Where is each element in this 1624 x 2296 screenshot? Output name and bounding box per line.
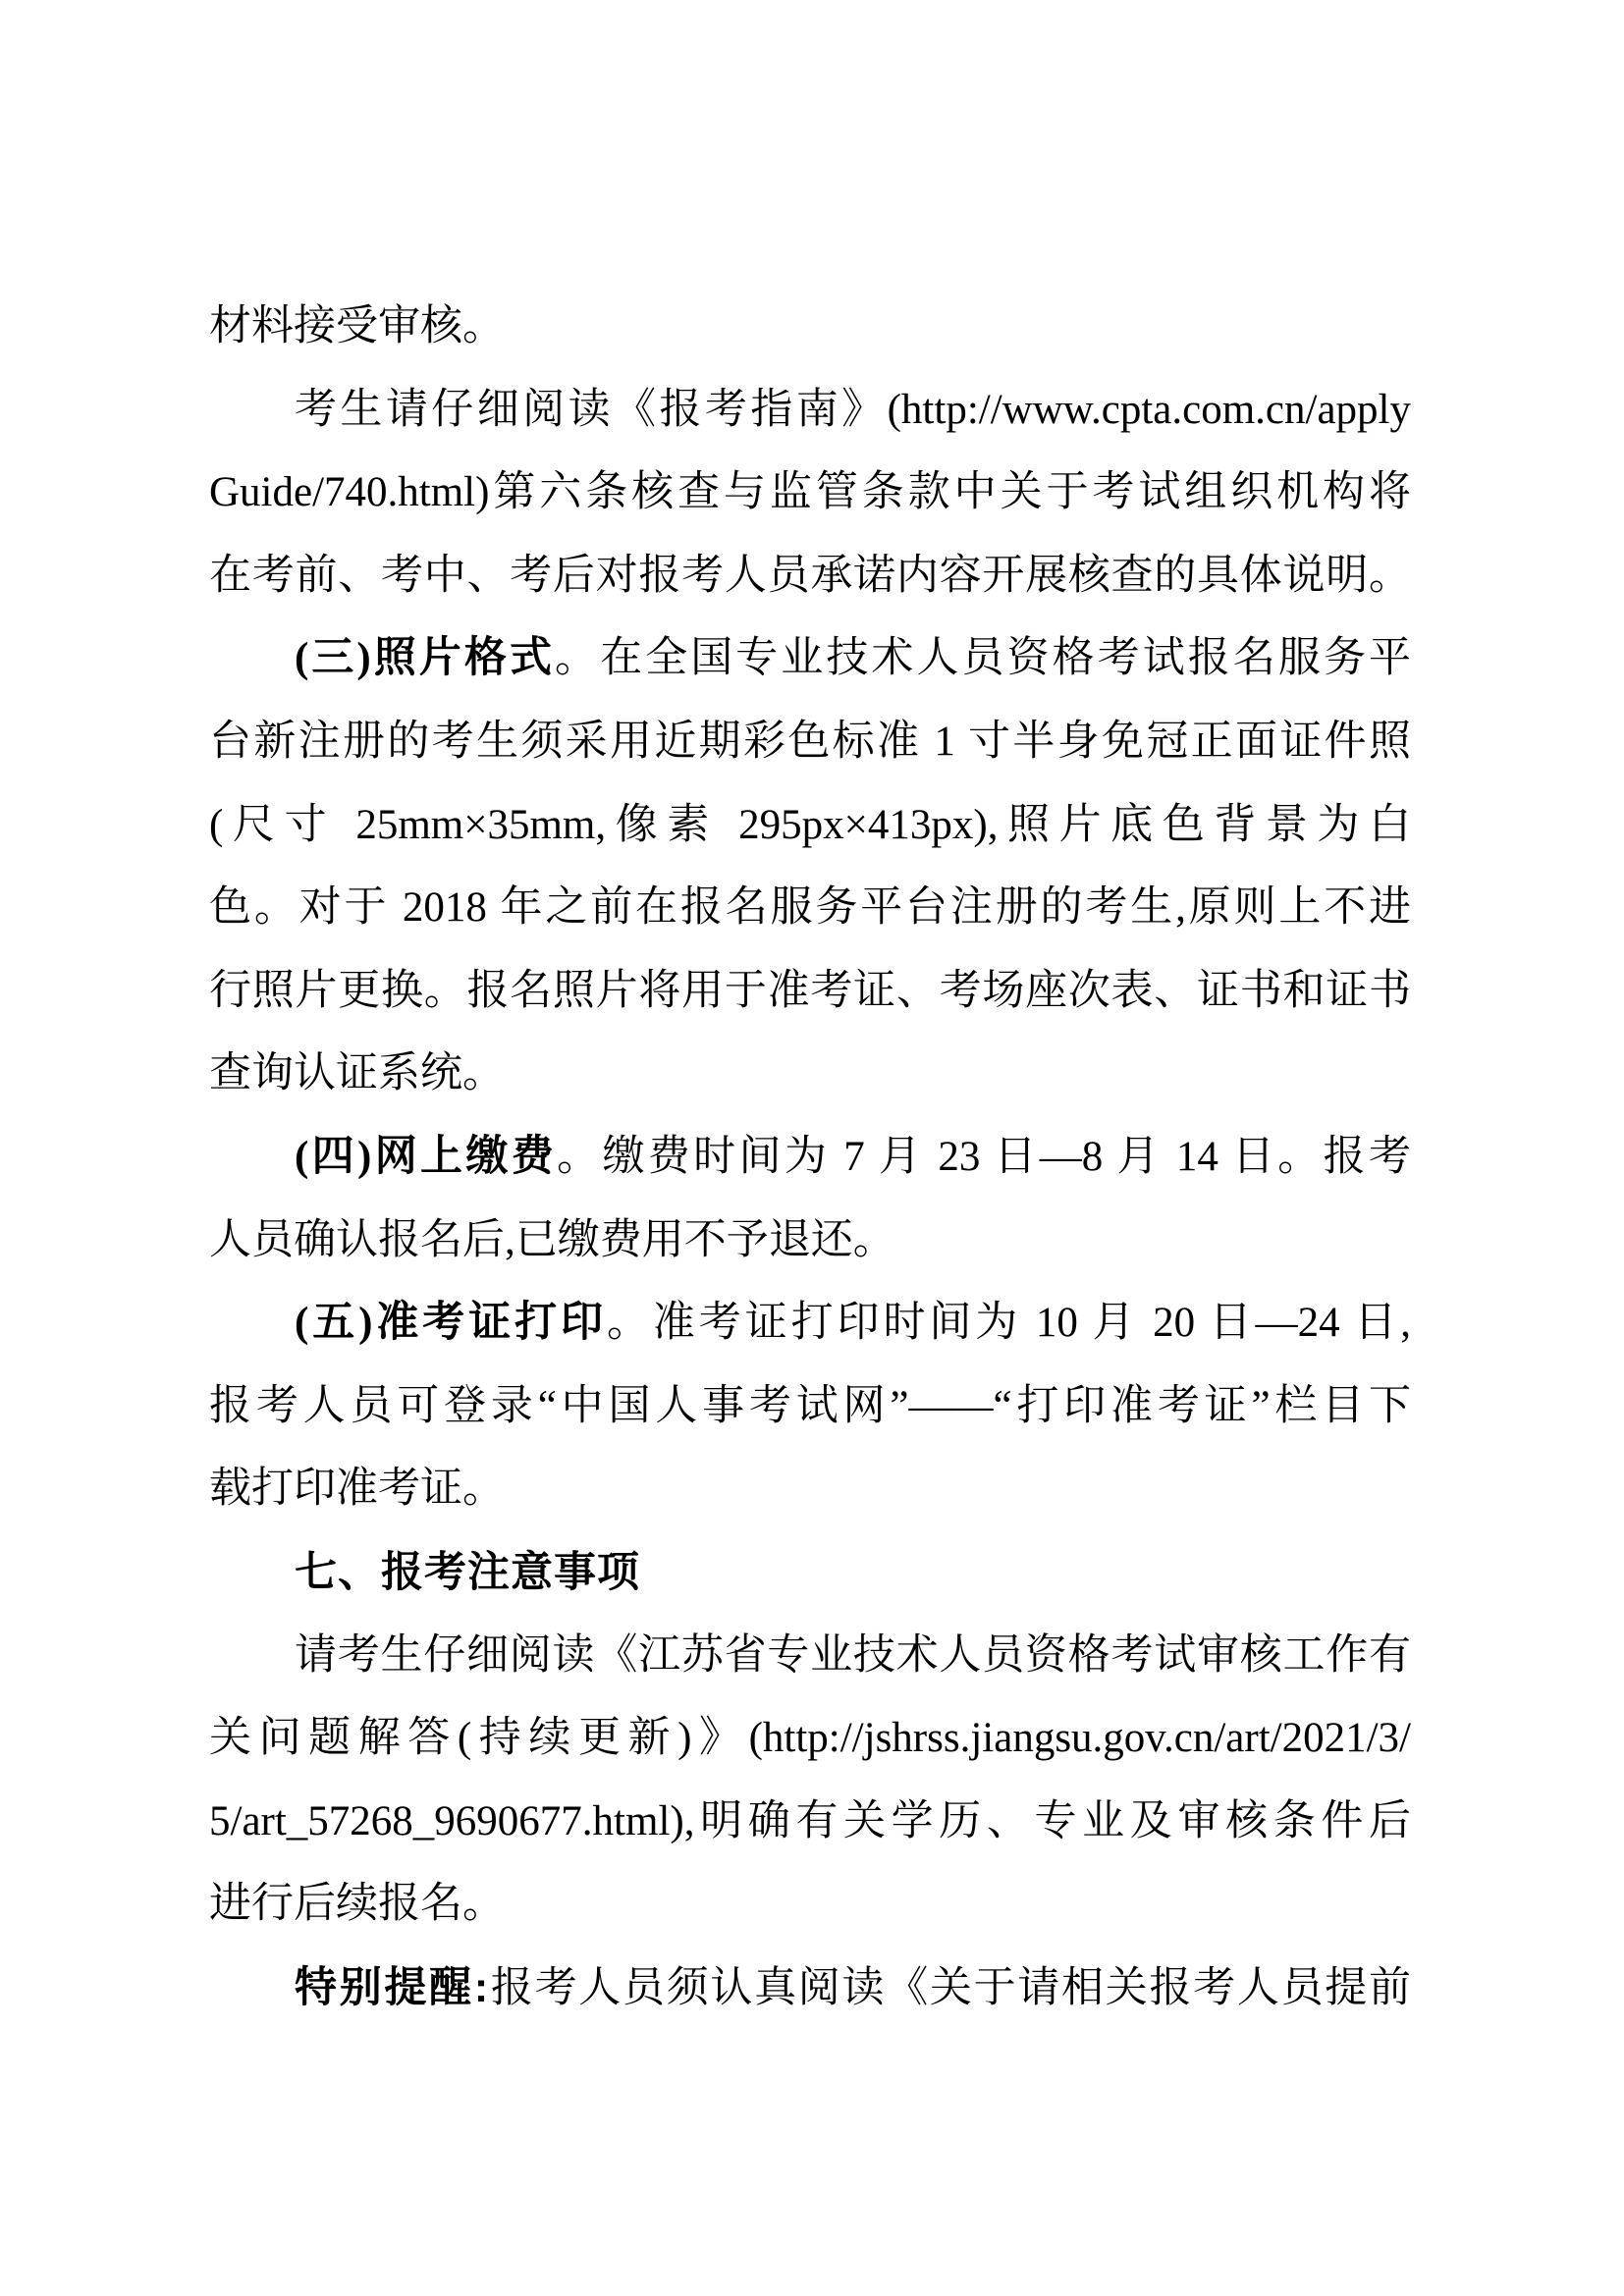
text-line: 考生请仔细阅读《报考指南》(http://www.cpta.com.cn/app… xyxy=(209,369,1411,453)
paragraph-text: 色。对于 2018 年之前在报名服务平台注册的考生,原则上不进 xyxy=(209,884,1411,931)
paragraph-text: 报考人员可登录“中国人事考试网”——“打印准考证”栏目下 xyxy=(209,1383,1411,1429)
special-reminder-label: 特别提醒: xyxy=(295,1964,489,2011)
section-4-heading: (四)网上缴费 xyxy=(295,1134,557,1180)
text-line: 请考生仔细阅读《江苏省专业技术人员资格考试审核工作有 xyxy=(209,1615,1411,1698)
paragraph-text: (尺寸 25mm×35mm,像素 295px×413px),照片底色背景为白 xyxy=(209,802,1411,848)
paragraph-text: 请考生仔细阅读《江苏省专业技术人员资格考试审核工作有 xyxy=(295,1632,1411,1679)
text-line: 特别提醒:报考人员须认真阅读《关于请相关报考人员提前 xyxy=(209,1947,1411,2030)
text-line: 七、报考注意事项 xyxy=(209,1531,1411,1615)
text-line: (五)准考证打印。准考证打印时间为 10 月 20 日—24 日, xyxy=(209,1282,1411,1365)
paragraph-text: 台新注册的考生须采用近期彩色标准 1 寸半身免冠正面证件照 xyxy=(209,719,1411,765)
paragraph-text: 。准考证打印时间为 10 月 20 日—24 日, xyxy=(607,1300,1411,1346)
paragraph-text: 。缴费时间为 7 月 23 日—8 月 14 日。报考 xyxy=(557,1134,1411,1180)
text-line: 台新注册的考生须采用近期彩色标准 1 寸半身免冠正面证件照 xyxy=(209,701,1411,784)
paragraph-text: 行照片更换。报名照片将用于准考证、考场座次表、证书和证书 xyxy=(209,968,1411,1014)
paragraph-text: 。在全国专业技术人员资格考试报名服务平 xyxy=(555,635,1411,681)
text-line: 材料接受审核。 xyxy=(209,286,1411,369)
text-line: (四)网上缴费。缴费时间为 7 月 23 日—8 月 14 日。报考 xyxy=(209,1116,1411,1200)
text-line: 人员确认报名后,已缴费用不予退还。 xyxy=(209,1200,1411,1283)
paragraph-text: 人员确认报名后,已缴费用不予退还。 xyxy=(209,1217,895,1263)
text-line: (三)照片格式。在全国专业技术人员资格考试报名服务平 xyxy=(209,617,1411,701)
text-line: 查询认证系统。 xyxy=(209,1033,1411,1116)
paragraph-text: 材料接受审核。 xyxy=(209,303,505,349)
text-line: 关问题解答(持续更新)》(http://jshrss.jiangsu.gov.c… xyxy=(209,1697,1411,1781)
text-line: (尺寸 25mm×35mm,像素 295px×413px),照片底色背景为白 xyxy=(209,784,1411,868)
paragraph-text: 在考前、考中、考后对报考人员承诺内容开展核查的具体说明。 xyxy=(209,553,1411,599)
paragraph-text: 考生请仔细阅读《报考指南》(http://www.cpta.com.cn/app… xyxy=(295,387,1411,433)
text-line: 进行后续报名。 xyxy=(209,1863,1411,1947)
paragraph-text: 关问题解答(持续更新)》(http://jshrss.jiangsu.gov.c… xyxy=(209,1715,1411,1761)
text-line: 报考人员可登录“中国人事考试网”——“打印准考证”栏目下 xyxy=(209,1365,1411,1449)
paragraph-text: 报考人员须认真阅读《关于请相关报考人员提前 xyxy=(489,1965,1411,2011)
section-7-heading: 七、报考注意事项 xyxy=(295,1549,640,1596)
text-line: 色。对于 2018 年之前在报名服务平台注册的考生,原则上不进 xyxy=(209,867,1411,950)
paragraph-text: 查询认证系统。 xyxy=(209,1050,505,1096)
text-line: 在考前、考中、考后对报考人员承诺内容开展核查的具体说明。 xyxy=(209,535,1411,618)
text-line: 5/art_57268_9690677.html),明确有关学历、专业及审核条件… xyxy=(209,1781,1411,1864)
section-5-heading: (五)准考证打印 xyxy=(295,1300,607,1346)
paragraph-text: 进行后续报名。 xyxy=(209,1881,505,1927)
section-3-heading: (三)照片格式 xyxy=(295,635,555,681)
document-body: 材料接受审核。考生请仔细阅读《报考指南》(http://www.cpta.com… xyxy=(209,286,1411,2029)
document-page: 材料接受审核。考生请仔细阅读《报考指南》(http://www.cpta.com… xyxy=(0,0,1624,2296)
paragraph-text: Guide/740.html)第六条核查与监管条款中关于考试组织机构将 xyxy=(209,469,1411,515)
paragraph-text: 载打印准考证。 xyxy=(209,1466,505,1512)
text-line: Guide/740.html)第六条核查与监管条款中关于考试组织机构将 xyxy=(209,452,1411,535)
text-line: 行照片更换。报名照片将用于准考证、考场座次表、证书和证书 xyxy=(209,950,1411,1034)
paragraph-text: 5/art_57268_9690677.html),明确有关学历、专业及审核条件… xyxy=(209,1798,1411,1844)
text-line: 载打印准考证。 xyxy=(209,1448,1411,1531)
